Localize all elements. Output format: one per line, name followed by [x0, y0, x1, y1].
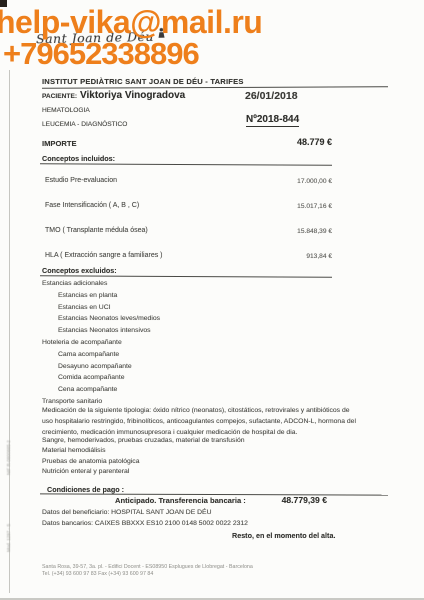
included-item-amount: 15.848,39 €	[297, 228, 332, 235]
total-label: IMPORTE	[42, 139, 77, 148]
included-item-label: TMO ( Transplante médula ósea)	[45, 227, 148, 234]
excluded-item: Cama acompañante	[42, 349, 160, 361]
excluded-list-top: Estancias adicionales Estancias en plant…	[42, 278, 160, 408]
excluded-item: Nutrición enteral y parenteral	[42, 467, 245, 477]
excluded-heading: Conceptos excluidos:	[42, 266, 117, 275]
footer-address: Santa Rosa, 39-57, 3a. pl. - Edifici Doc…	[42, 564, 253, 571]
excluded-item: Desayuno acompañante	[42, 361, 160, 373]
scan-edge-line	[9, 70, 10, 593]
side-mark-bottom: Mod. 1297 - S	[6, 524, 11, 552]
payment-bank-details: Datos bancarios: CAIXES BBXXX ES10 2100 …	[42, 520, 248, 527]
excluded-item: Material hemodiálisis	[42, 446, 245, 456]
excluded-medication-paragraph: Medicación de la siguiente tipologia: óx…	[42, 406, 360, 438]
footer-phones: Tel. (+34) 93 600 97 83 Fax (+34) 93 600…	[42, 571, 253, 578]
scanned-document-page: Sant Joan de Déu help-vika@mail.ru +7965…	[0, 0, 424, 600]
reference-number: Nº2018-844	[246, 114, 299, 127]
excluded-list-bottom: Sangre, hemoderivados, pruebas cruzadas,…	[42, 436, 245, 477]
excluded-item: Sangre, hemoderivados, pruebas cruzadas,…	[42, 436, 245, 446]
included-rule	[40, 163, 332, 166]
included-heading: Conceptos incluidos:	[42, 154, 115, 163]
watermark-phone: +79652338896	[3, 36, 199, 72]
side-mark-top: NIF R-0800885-2	[6, 440, 11, 475]
included-item-label: Fase Intensificación ( A, B , C)	[45, 202, 139, 209]
document-date: 26/01/2018	[245, 90, 298, 102]
excluded-item: Estancias en UCI	[42, 302, 160, 314]
included-item-amount: 15.017,16 €	[297, 203, 332, 210]
patient-name: Viktoriya Vinogradova	[80, 90, 185, 101]
department-label: HEMATOLOGIA	[42, 107, 90, 114]
excluded-item: Cena acompañante	[42, 384, 160, 396]
diagnosis-label: LEUCEMIA - DIAGNÓSTICO	[42, 121, 127, 128]
excluded-item: Estancias adicionales	[42, 278, 160, 290]
excluded-item: Pruebas de anatomia patológica	[42, 457, 245, 467]
patient-label: PACIENTE:	[42, 93, 77, 100]
document-title: INSTITUT PEDIÀTRIC SANT JOAN DE DÉU - TA…	[42, 77, 244, 86]
excluded-item: Hoteleria de acompañante	[42, 337, 160, 349]
payment-beneficiary: Datos del beneficiario: HOSPITAL SANT JO…	[42, 509, 211, 516]
total-value: 48.779 €	[297, 137, 332, 147]
included-item-label: HLA ( Extracción sangre a familiares )	[45, 252, 163, 259]
excluded-item: Estancias en planta	[42, 290, 160, 302]
excluded-item: Comida acompañante	[42, 372, 160, 384]
title-rule	[42, 86, 388, 89]
footer-address-block: Santa Rosa, 39-57, 3a. pl. - Edifici Doc…	[42, 564, 253, 578]
payment-note: Resto, en el momento del alta.	[232, 531, 335, 540]
excluded-item: Estancias Neonatos intensivos	[42, 325, 160, 337]
included-item-amount: 913,84 €	[306, 253, 332, 260]
payment-amount: 48.779,39 €	[282, 495, 327, 505]
included-item-label: Estudio Pre-evaluacion	[45, 177, 117, 184]
payment-method: Anticipado. Transferencia bancaria :	[115, 496, 246, 505]
included-item-amount: 17.000,00 €	[297, 178, 332, 185]
excluded-item: Estancias Neonatos leves/medios	[42, 313, 160, 325]
